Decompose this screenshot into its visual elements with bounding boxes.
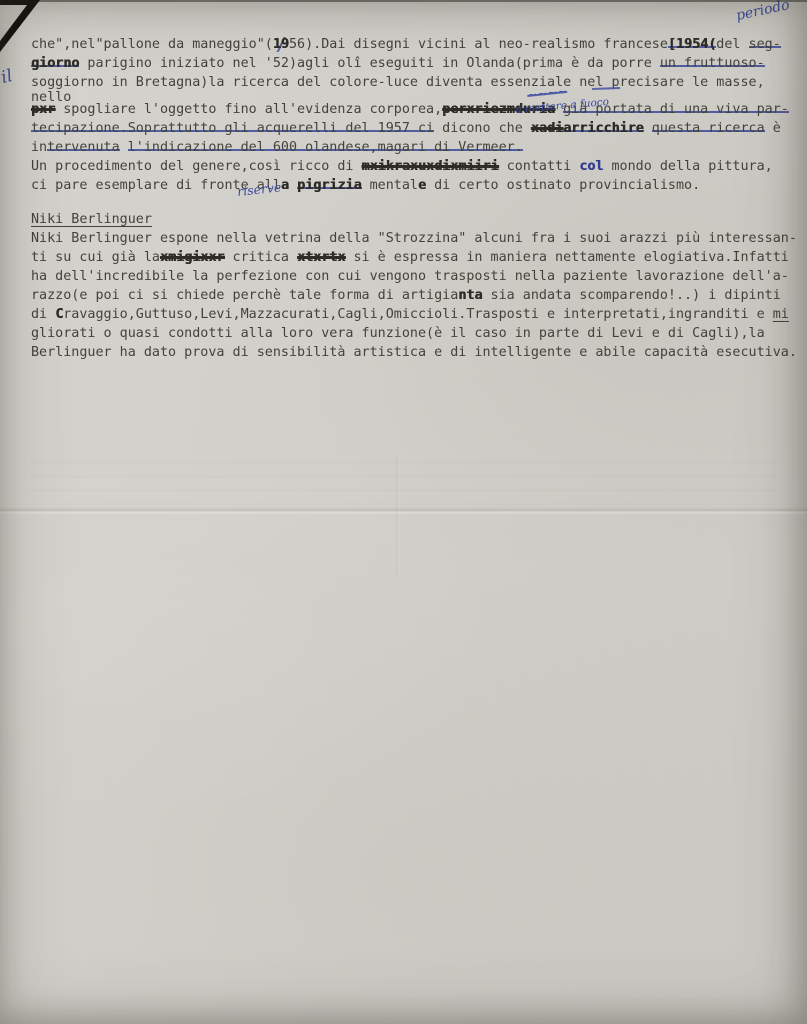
typed-segment-ov-pv: 19 — [273, 37, 289, 52]
typed-segment-ov-ps: [1954( — [668, 37, 716, 52]
typed-segment: che",nel"pallone da maneggio"( — [31, 37, 273, 52]
typed-segment-ts: xadi — [531, 121, 563, 136]
typed-segment: in — [31, 140, 47, 155]
horizontal-fold-crease — [0, 507, 807, 515]
typed-segment-ps: questa ricerca — [652, 121, 765, 136]
typed-line-12: razzo(e poi ci si chiede perchè tale for… — [31, 286, 781, 305]
typed-segment: Berlinguer ha dato prova di sensibilità … — [31, 345, 797, 360]
typed-segment — [644, 121, 652, 136]
typed-segment: è — [765, 121, 781, 136]
scanner-top-edge — [0, 0, 807, 2]
typed-segment-ov: nta — [458, 288, 482, 303]
typed-line-7: Un procedimento del genere,così ricco di… — [31, 157, 773, 176]
typed-segment: ti su cui già la — [31, 250, 160, 265]
typed-line-11: ha dell'incredibile la perfezione con cu… — [31, 267, 789, 286]
typed-line-4: pxr spogliare l'oggetto fino all'evidenz… — [31, 100, 789, 119]
typed-line-9: Niki Berlinguer espone nella vetrina del… — [31, 229, 797, 248]
typed-segment-ov: e — [418, 178, 426, 193]
typed-line-1: che",nel"pallone da maneggio"(1956).Dai … — [31, 35, 781, 54]
typed-segment-ps: seg- — [749, 37, 781, 52]
typed-segment-ps: un fruttuoso- — [660, 56, 765, 71]
reverse-side-showthrough — [30, 455, 777, 505]
typed-segment: mental — [362, 178, 418, 193]
typed-segment-ov: a — [281, 178, 289, 193]
typed-line-5: tecipazione.Soprattutto gli acquerelli d… — [31, 119, 781, 138]
typed-line-3: soggiorno in Bretagna)la ricerca del col… — [31, 73, 765, 92]
typed-segment-u: mi — [773, 307, 789, 322]
typed-line-15: Berlinguer ha dato prova di sensibilità … — [31, 343, 797, 362]
typed-segment: del — [716, 37, 748, 52]
typed-segment: soggiorno in Bretagna)la ricerca del col… — [31, 75, 765, 90]
typed-line-14: gliorati o quasi condotti alla loro vera… — [31, 324, 765, 343]
typed-line-2: giorno parigino iniziato nel '52)agli ol… — [31, 54, 765, 73]
typed-segment: Niki Berlinguer espone nella vetrina del… — [31, 231, 797, 246]
typed-segment: dicono che — [434, 121, 531, 136]
scanned-document: che",nel"pallone da maneggio"(1956).Dai … — [0, 0, 807, 1024]
typed-segment: di certo ostinato provincialismo. — [426, 178, 700, 193]
vertical-fold-crease — [396, 455, 399, 575]
typed-segment: 56).Dai disegni vicini al neo-realismo f… — [289, 37, 668, 52]
typed-segment: mondo della pittura, — [603, 159, 772, 174]
typed-segment: gliorati o quasi condotti alla loro vera… — [31, 326, 765, 341]
typed-segment — [120, 140, 128, 155]
handwritten-riserve: riserve — [236, 179, 282, 199]
paper-sheet: che",nel"pallone da maneggio"(1956).Dai … — [0, 0, 807, 1024]
typed-segment-ps: tecipazione.Soprattutto gli acquerelli d… — [31, 121, 434, 136]
typed-segment: critica — [225, 250, 298, 265]
typed-segment: sia andata scomparendo!..) i dipinti — [482, 288, 780, 303]
handwritten-il-margin: il — [0, 66, 15, 88]
typed-segment: ha dell'incredibile la perfezione con cu… — [31, 269, 789, 284]
typed-line-8: ci pare esemplare di fronte alla pigrizi… — [31, 176, 700, 195]
typed-segment-ov-ps: giorno — [31, 56, 79, 71]
typed-segment: razzo(e poi ci si chiede perchè tale for… — [31, 288, 458, 303]
typed-segment — [289, 178, 297, 193]
typed-line-10: ti su cui già laxmigixxr critica xtxrtx … — [31, 248, 789, 267]
typed-segment-pen: col — [579, 159, 603, 174]
typed-segment-ov-ps: arricchire — [563, 121, 644, 136]
handwritten-periodo: periodo — [735, 0, 791, 24]
typed-segment-u: Niki Berlinguer — [31, 212, 152, 227]
typed-segment: ravaggio,Guttuso,Levi,Mazzacurati,Cagli,… — [63, 307, 772, 322]
typed-segment: di — [31, 307, 55, 322]
typed-segment: contatti — [499, 159, 580, 174]
typed-segment: parigino iniziato nel '52)agli olî esegu… — [79, 56, 659, 71]
typed-segment-ov-ps: pigrizia — [297, 178, 362, 193]
typed-segment: spogliare l'oggetto fino all'evidenza co… — [55, 102, 442, 117]
typed-segment: Un procedimento del genere,così ricco di — [31, 159, 362, 174]
typed-segment: si è espressa in maniera nettamente elog… — [345, 250, 788, 265]
typed-segment-ts: mxikraxuxdixmiiri — [362, 159, 499, 174]
typed-line-6: intervenuta l'indicazione del 600 olande… — [31, 138, 523, 157]
typed-line-13: di Cravaggio,Guttuso,Levi,Mazzacurati,Ca… — [31, 305, 789, 324]
heading-niki-berlinguer: Niki Berlinguer — [31, 210, 152, 229]
typed-segment-ps: tervenuta — [47, 140, 120, 155]
typed-segment-ts: xtxrtx — [297, 250, 345, 265]
typed-segment-ps: l'indicazione del 600 olandese,magari di… — [128, 140, 523, 155]
typed-segment-ts: xmigixxr — [160, 250, 225, 265]
typed-segment-ts: pxr — [31, 102, 55, 117]
